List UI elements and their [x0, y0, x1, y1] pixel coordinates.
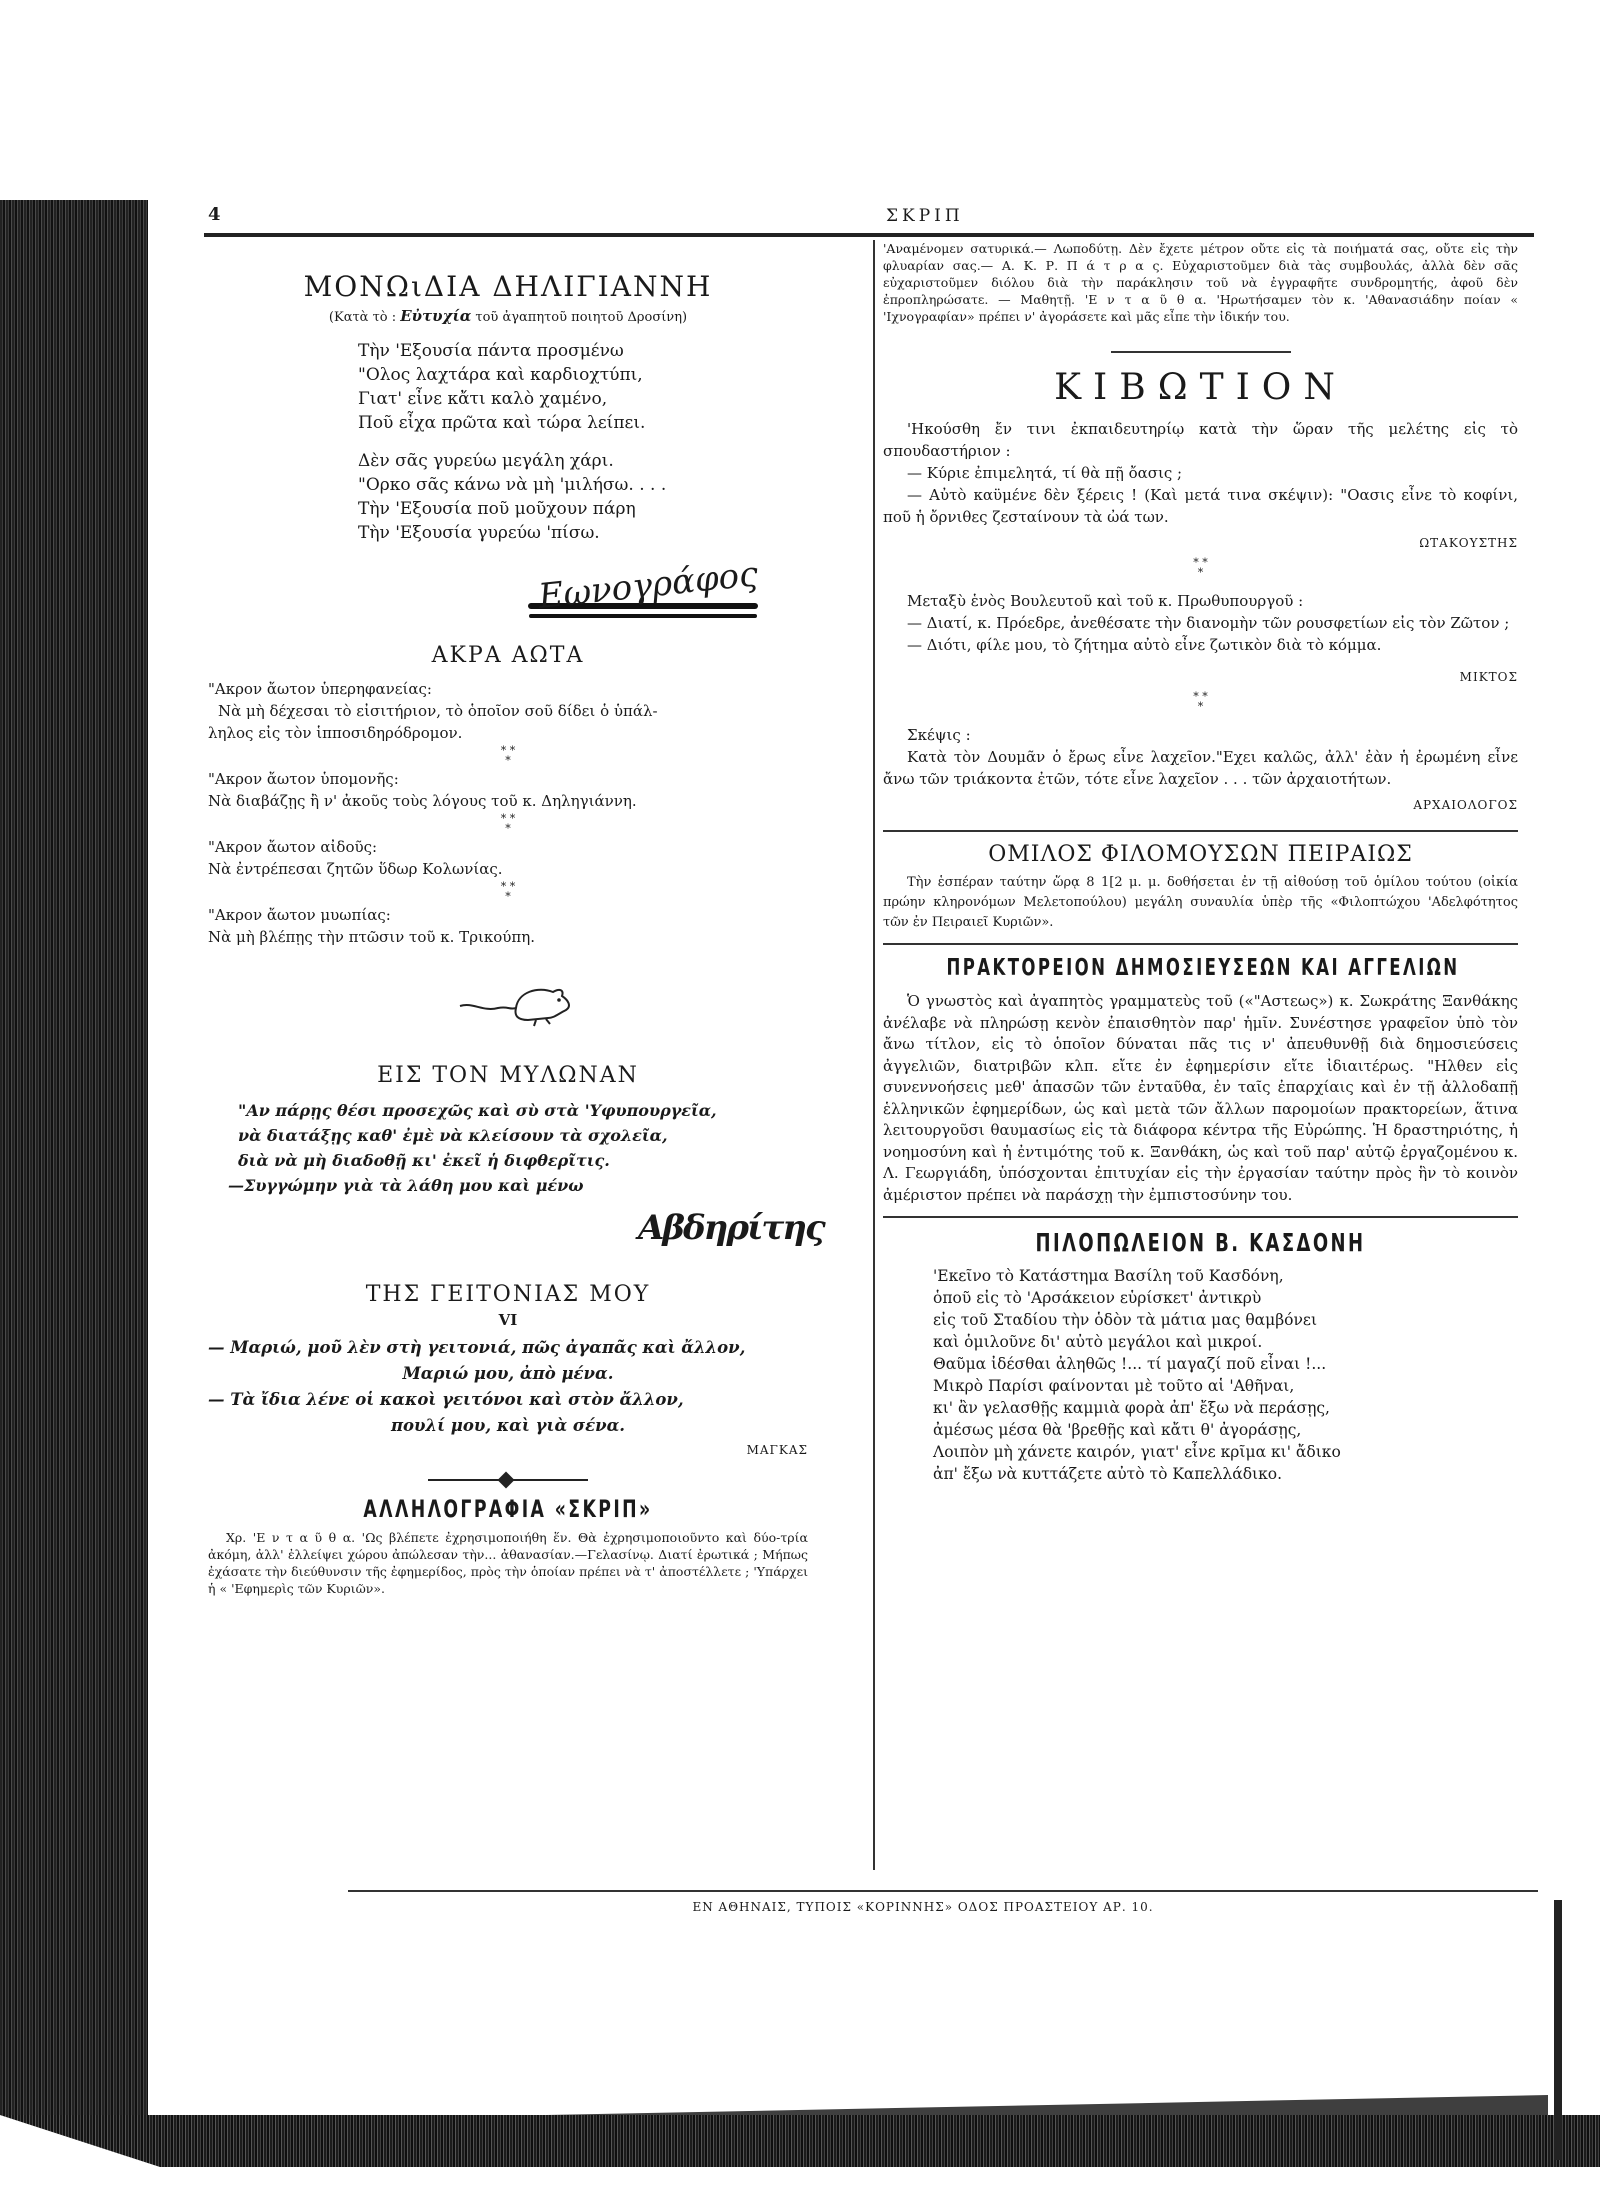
verse-line: ἀπ' ἔξω νὰ κυττάζετε αὐτὸ τὸ Καπελλάδικο… — [933, 1463, 1518, 1485]
verse-line: — Μαριώ, μοῦ λὲν στὴ γειτονιά, πῶς ἀγαπᾶ… — [208, 1335, 808, 1361]
verse-line: Δὲν σᾶς γυρεύω μεγάλη χάρι. — [358, 449, 808, 473]
kivotion-paragraph: 'Ηκούσθη ἔν τινι ἐκπαιδευτηρίῳ κατὰ τὴν … — [883, 418, 1518, 462]
kivotion-signature: ΑΡΧΑΙΟΛΟΓΟΣ — [883, 794, 1518, 816]
masthead: ΣΚΡΙΠ — [886, 206, 964, 226]
akra-aota-title: ΑΚΡΑ ΑΩΤΑ — [208, 643, 808, 668]
verse-line: —Συγγώμην γιὰ τὰ λάθη μου καὶ μένω — [228, 1173, 808, 1198]
section-rule — [883, 1216, 1518, 1218]
kivotion-paragraph: — Διατί, κ. Πρόεδρε, ἀνεθέσατε τὴν διανο… — [883, 612, 1518, 634]
akra-line: Νὰ μὴ βλέπῃς τὴν πτῶσιν τοῦ κ. Τρικούπη. — [208, 926, 808, 948]
verse-line: νὰ διατάξῃς καθ' ἐμὲ νὰ κλείσουν τὰ σχολ… — [228, 1123, 808, 1148]
akra-heading: "Ακρον ἄωτον μυωπίας: — [208, 904, 808, 926]
verse-line: 'Εκεῖνο τὸ Κατάστημα Βασίλη τοῦ Κασδόνη, — [933, 1265, 1518, 1287]
kivotion-paragraph: Σκέψις : — [883, 724, 1518, 746]
eis-ton-mylonan-section: ΕΙΣ ΤΟΝ ΜΥΛΩΝΑΝ "Αν πάρῃς θέσι προσεχῶς … — [208, 1063, 808, 1248]
header-rule — [204, 233, 1534, 237]
verse-line: ἀμέσως μέσα θὰ 'βρεθῇς καὶ κἄτι θ' ἀγορά… — [933, 1419, 1518, 1441]
scan-border-left — [0, 200, 148, 2115]
mylonan-verse: "Αν πάρῃς θέσι προσεχῶς καὶ σὺ στὰ 'Υφυπ… — [208, 1098, 808, 1198]
subtitle-suffix: τοῦ ἀγαπητοῦ ποιητοῦ Δροσίνη) — [475, 310, 687, 325]
monodia-stanza-2: Δὲν σᾶς γυρεύω μεγάλη χάρι. "Ορκο σᾶς κά… — [358, 449, 808, 545]
diamond-rule-ornament — [428, 1473, 588, 1487]
section-rule — [883, 943, 1518, 945]
newspaper-page: 4 ΣΚΡΙΠ ΜΟΝΩιΔΙΑ ΔΗΛΙΓΙΑΝΝΗ (Κατὰ τὸ : Ε… — [148, 200, 1558, 2110]
akra-line: Νὰ ἐντρέπεσαι ζητῶν ὕδωρ Κολωνίας. — [208, 858, 808, 880]
subtitle-prefix: (Κατὰ τὸ : — [329, 310, 396, 325]
allilografia-text: Χρ. 'Ε ν τ α ῦ θ α. 'Ως βλέπετε ἐχρησιμο… — [208, 1529, 808, 1597]
kivotion-item: Σκέψις : Κατὰ τὸν Δουμᾶν ὁ ἔρως εἶνε λαχ… — [883, 724, 1518, 816]
verse-line: διὰ νὰ μὴ διαδοθῇ κι' ἐκεῖ ἡ διφθερῖτις. — [228, 1148, 808, 1173]
printer-imprint: ΕΝ ΑΘΗΝΑΙΣ, ΤΥΠΟΙΣ «ΚΟΡΙΝΝΗΣ» ΟΔΟΣ ΠΡΟΑΣ… — [288, 1900, 1558, 1914]
mylonan-title: ΕΙΣ ΤΟΝ ΜΥΛΩΝΑΝ — [208, 1063, 808, 1088]
geitonias-verse: — Μαριώ, μοῦ λὲν στὴ γειτονιά, πῶς ἀγαπᾶ… — [208, 1335, 808, 1439]
separator-asterism: * ** — [208, 814, 808, 834]
kivotion-paragraph: — Αὐτὸ καϋμένε δὲν ξέρεις ! (Καὶ μετά τι… — [883, 484, 1518, 528]
verse-line: Μικρὸ Παρίσι φαίνονται μὲ τοῦτο αἱ 'Αθῆν… — [933, 1375, 1518, 1397]
separator-asterism: * ** — [883, 558, 1518, 578]
verse-line: Ποῦ εἶχα πρῶτα καὶ τώρα λείπει. — [358, 411, 808, 435]
right-column: 'Αναμένομεν σατυρικά.— Λωποδύτῃ. Δὲν ἔχε… — [883, 240, 1518, 1485]
pilopoleion-verse: 'Εκεῖνο τὸ Κατάστημα Βασίλη τοῦ Κασδόνη,… — [933, 1265, 1518, 1485]
monodia-stanza-1: Τὴν 'Εξουσία πάντα προσμένω "Ολος λαχτάρ… — [358, 339, 808, 435]
kivotion-item: Μεταξὺ ἑνὸς Βουλευτοῦ καὶ τοῦ κ. Πρωθυπο… — [883, 590, 1518, 688]
kivotion-section: ΚΙΒΩΤΙΟΝ 'Ηκούσθη ἔν τινι ἐκπαιδευτηρίῳ … — [883, 367, 1518, 816]
geitonias-signature: ΜΑΓΚΑΣ — [208, 1443, 808, 1457]
mouse-icon — [458, 984, 578, 1039]
verse-line: Θαῦμα ἰδέσθαι ἀληθῶς !... τί μαγαζί ποῦ … — [933, 1353, 1518, 1375]
akra-item: "Ακρον ἄωτον αἰδοῦς: Νὰ ἐντρέπεσαι ζητῶν… — [208, 836, 808, 880]
verse-line: "Ορκο σᾶς κάνω νὰ μὴ 'μιλήσω. . . . — [358, 473, 808, 497]
akra-heading: "Ακρον ἄωτον ὑπομονῆς: — [208, 768, 808, 790]
akra-item: "Ακρον ἄωτον μυωπίας: Νὰ μὴ βλέπῃς τὴν π… — [208, 904, 808, 948]
page-header: 4 ΣΚΡΙΠ — [208, 200, 1588, 232]
omilos-section: ΟΜΙΛΟΣ ΦΙΛΟΜΟΥΣΩΝ ΠΕΙΡΑΙΩΣ Τὴν ἑσπέραν τ… — [883, 842, 1518, 933]
verse-line: Τὴν 'Εξουσία πάντα προσμένω — [358, 339, 808, 363]
kivotion-paragraph: Μεταξὺ ἑνὸς Βουλευτοῦ καὶ τοῦ κ. Πρωθυπο… — [883, 590, 1518, 612]
geitonias-title: ΤΗΣ ΓΕΙΤΟΝΙΑΣ ΜΟΥ — [208, 1282, 808, 1307]
verse-line: ὁποῦ εἰς τὸ 'Αρσάκειον εὑρίσκετ' ἀντικρὺ — [933, 1287, 1518, 1309]
omilos-title: ΟΜΙΛΟΣ ΦΙΛΟΜΟΥΣΩΝ ΠΕΙΡΑΙΩΣ — [883, 842, 1518, 867]
verse-line: Λοιπὸν μὴ χάνετε καιρόν, γιατ' εἶνε κρῖμ… — [933, 1441, 1518, 1463]
separator-asterism: * ** — [883, 692, 1518, 712]
akra-heading: "Ακρον ἄωτον ὑπερηφανείας: — [208, 678, 808, 700]
kivotion-paragraph: Κατὰ τὸν Δουμᾶν ὁ ἔρως εἶνε λαχεῖον."Εχε… — [883, 746, 1518, 790]
kivotion-paragraph: — Κύριε ἐπιμελητά, τί θὰ πῇ ὄασις ; — [883, 462, 1518, 484]
omilos-text: Τὴν ἑσπέραν ταύτην ὥρᾳ 8 1[2 μ. μ. δοθήσ… — [883, 873, 1518, 933]
akra-item: "Ακρον ἄωτον ὑπερηφανείας: Νὰ μὴ δέχεσαι… — [208, 678, 808, 744]
separator-asterism: * ** — [208, 746, 808, 766]
praktoreion-title: ΠΡΑΚΤΟΡΕΙΟΝ ΔΗΜΟΣΙΕΥΣΕΩΝ ΚΑΙ ΑΓΓΕΛΙΩΝ — [947, 955, 1455, 981]
akra-line: Νὰ διαβάζῃς ἢ ν' ἀκοῦς τοὺς λόγους τοῦ κ… — [208, 790, 808, 812]
page-footer: ΕΝ ΑΘΗΝΑΙΣ, ΤΥΠΟΙΣ «ΚΟΡΙΝΝΗΣ» ΟΔΟΣ ΠΡΟΑΣ… — [148, 1890, 1558, 1914]
squiggle-rule — [1111, 351, 1291, 353]
praktoreion-section: ΠΡΑΚΤΟΡΕΙΟΝ ΔΗΜΟΣΙΕΥΣΕΩΝ ΚΑΙ ΑΓΓΕΛΙΩΝ Ὁ … — [883, 955, 1518, 1206]
pilopoleion-title: ΠΙΛΟΠΩΛΕΙΟΝ Β. ΚΑΣΔΟΝΗ — [947, 1228, 1455, 1257]
kivotion-signature: ΩΤΑΚΟΥΣΤΗΣ — [883, 532, 1518, 554]
monodia-section: ΜΟΝΩιΔΙΑ ΔΗΛΙΓΙΑΝΝΗ (Κατὰ τὸ : Εὐτυχία τ… — [208, 270, 808, 609]
verse-line: εἰς τοῦ Σταδίου τὴν ὁδὸν τὰ μάτια μας θα… — [933, 1309, 1518, 1331]
verse-line: πουλί μου, καὶ γιὰ σένα. — [208, 1413, 808, 1439]
left-column: ΜΟΝΩιΔΙΑ ΔΗΛΙΓΙΑΝΝΗ (Κατὰ τὸ : Εὐτυχία τ… — [208, 248, 808, 1597]
akra-heading: "Ακρον ἄωτον αἰδοῦς: — [208, 836, 808, 858]
kivotion-paragraph: — Διότι, φίλε μου, τὸ ζήτημα αὐτὸ εἶνε ζ… — [883, 634, 1518, 656]
verse-line: κι' ἂν γελασθῇς καμμιὰ φορὰ ἀπ' ἔξω νὰ π… — [933, 1397, 1518, 1419]
akra-line: Νὰ μὴ δέχεσαι τὸ εἰσιτήριον, τὸ ὁποῖον σ… — [208, 700, 808, 722]
monodia-subtitle: (Κατὰ τὸ : Εὐτυχία τοῦ ἀγαπητοῦ ποιητοῦ … — [208, 307, 808, 325]
allilografia-title: ΑΛΛΗΛΟΓΡΑΦΙΑ «ΣΚΡΙΠ» — [268, 1495, 748, 1523]
separator-asterism: * ** — [208, 882, 808, 902]
kivotion-signature: ΜΙΚΤΟΣ — [883, 666, 1518, 688]
scan-border-bottom — [0, 2115, 1600, 2167]
verse-line: Τὴν 'Εξουσία ποῦ μοῦχουν πάρη — [358, 497, 808, 521]
column-divider — [873, 240, 875, 1870]
verse-line: "Αν πάρῃς θέσι προσεχῶς καὶ σὺ στὰ 'Υφυπ… — [228, 1098, 808, 1123]
praktoreion-text: Ὁ γνωστὸς καὶ ἀγαπητὸς γραμματεὺς τοῦ («… — [883, 991, 1518, 1206]
kivotion-item: 'Ηκούσθη ἔν τινι ἐκπαιδευτηρίῳ κατὰ τὴν … — [883, 418, 1518, 554]
page-number: 4 — [208, 204, 221, 225]
mylonan-signature: Αβδηρίτης — [638, 1208, 808, 1248]
pilopoleion-section: ΠΙΛΟΠΩΛΕΙΟΝ Β. ΚΑΣΔΟΝΗ 'Εκεῖνο τὸ Κατάστ… — [883, 1228, 1518, 1485]
verse-line: — Τὰ ἴδια λένε οἱ κακοὶ γειτόνοι καὶ στὸ… — [208, 1387, 808, 1413]
verse-line: Γιατ' εἶνε κἄτι καλὸ χαμένο, — [358, 387, 808, 411]
verse-line: καὶ ὁμιλοῦνε δι' αὐτὸ μεγάλοι καὶ μικροί… — [933, 1331, 1518, 1353]
geitonias-numeral: VI — [208, 1311, 808, 1329]
akra-item: "Ακρον ἄωτον ὑπομονῆς: Νὰ διαβάζῃς ἢ ν' … — [208, 768, 808, 812]
correspondence-continued: 'Αναμένομεν σατυρικά.— Λωποδύτῃ. Δὲν ἔχε… — [883, 240, 1518, 325]
tis-geitonias-section: ΤΗΣ ΓΕΙΤΟΝΙΑΣ ΜΟΥ VI — Μαριώ, μοῦ λὲν στ… — [208, 1282, 808, 1457]
verse-line: Μαριώ μου, ἀπὸ μένα. — [208, 1361, 808, 1387]
subtitle-italic: Εὐτυχία — [400, 307, 471, 325]
verse-line: "Ολος λαχτάρα καὶ καρδιοχτύπι, — [358, 363, 808, 387]
verse-line: Τὴν 'Εξουσία γυρεύω 'πίσω. — [358, 521, 808, 545]
footer-rule — [348, 1890, 1538, 1892]
kivotion-title: ΚΙΒΩΤΙΟΝ — [883, 367, 1518, 408]
akra-line: ληλος εἰς τὸν ἱπποσιδηρόδρομον. — [208, 722, 808, 744]
akra-aota-section: ΑΚΡΑ ΑΩΤΑ "Ακρον ἄωτον ὑπερηφανείας: Νὰ … — [208, 643, 808, 948]
section-rule — [883, 830, 1518, 832]
monodia-title: ΜΟΝΩιΔΙΑ ΔΗΛΙΓΙΑΝΝΗ — [208, 270, 808, 303]
allilografia-section: ΑΛΛΗΛΟΓΡΑΦΙΑ «ΣΚΡΙΠ» Χρ. 'Ε ν τ α ῦ θ α.… — [208, 1495, 808, 1597]
